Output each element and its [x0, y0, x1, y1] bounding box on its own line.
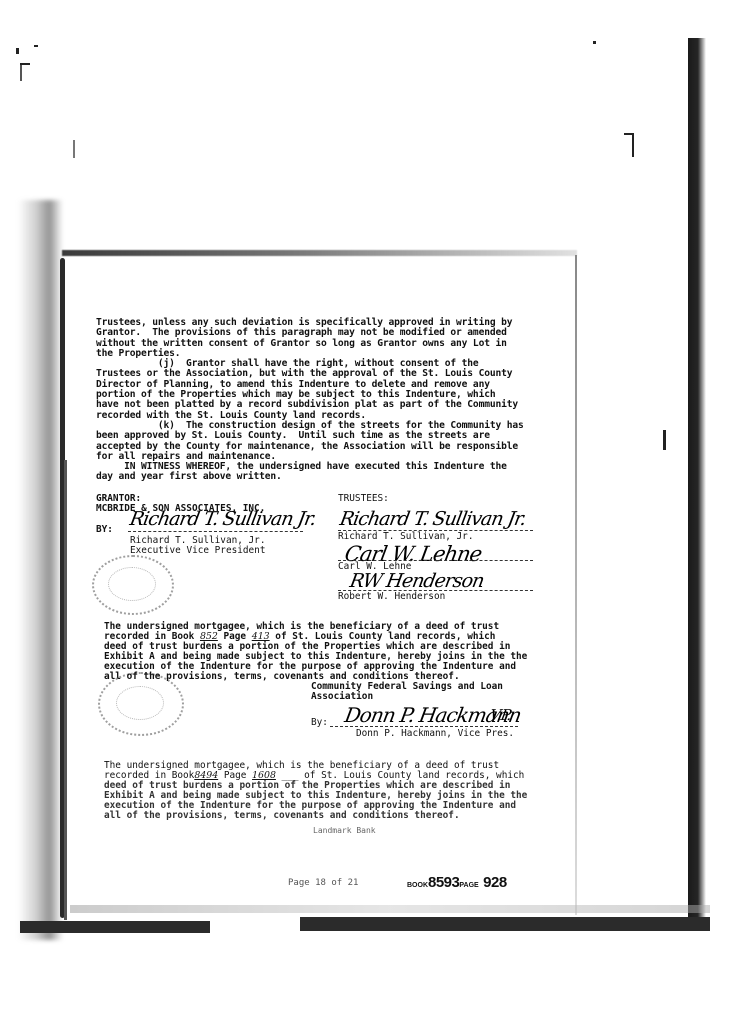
- page-number: 928: [483, 874, 507, 891]
- page-edge-bottom-left: [20, 921, 210, 933]
- scan-speck: [73, 140, 75, 158]
- scan-speck: [34, 45, 38, 47]
- scan-speck: [593, 41, 596, 44]
- scan-bracket-mark: [632, 133, 634, 157]
- recording-stamp: BOOK8593PAGE 928: [407, 874, 507, 892]
- corporate-seal-inner: [108, 567, 156, 601]
- mortgagee1-institution-2: Association: [311, 692, 373, 702]
- book-number: 8593: [428, 874, 459, 891]
- trustees-label: TRUSTEES:: [338, 494, 389, 504]
- paragraph-i-continued: Trustees, unless any such deviation is s…: [96, 318, 576, 359]
- grantor-signature: Richard T. Sullivan Jr.: [128, 508, 317, 530]
- page-edge-top: [62, 250, 577, 256]
- page-edge-bottom-right: [300, 917, 710, 931]
- paragraph-j: (j) Grantor shall have the right, withou…: [96, 359, 576, 421]
- paragraph-k: (k) The construction design of the stree…: [96, 421, 576, 462]
- grantor-by-label: BY:: [96, 525, 113, 535]
- trustee-name-1: Richard T. Sullivan, Jr.: [338, 532, 473, 542]
- scan-speck: [663, 430, 666, 450]
- trustee-signature-3: RW Henderson: [348, 570, 485, 592]
- scan-speck: [20, 65, 22, 81]
- corporate-seal: [92, 555, 174, 615]
- bank-seal-inner: [116, 686, 164, 720]
- grantor-signer-title: Executive Vice President: [130, 546, 265, 556]
- mortgagee1-signature-suffix: V.P.: [488, 706, 512, 724]
- trustee-name-3: Robert W. Henderson: [338, 592, 445, 602]
- document-body: Trustees, unless any such deviation is s…: [96, 318, 576, 483]
- mortgagee2-institution: Landmark Bank: [313, 826, 376, 835]
- scan-shadow-left: [18, 200, 63, 940]
- text-line: day and year first above written.: [96, 472, 576, 482]
- page-edge-right: [688, 38, 706, 918]
- scan-speck: [16, 48, 19, 54]
- mortgagee1-signer: Donn P. Hackmann, Vice Pres.: [356, 729, 514, 739]
- grantor-signature-line: [128, 531, 303, 532]
- mortgagee1-by-label: By:: [311, 718, 328, 728]
- mortgagee2-line-6: all of the provisions, terms, covenants …: [104, 811, 460, 821]
- page-indicator: Page 18 of 21: [288, 878, 358, 888]
- page-label: PAGE: [459, 882, 478, 889]
- trustee-signature-1: Richard T. Sullivan Jr.: [338, 508, 527, 530]
- witness-clause: IN WITNESS WHEREOF, the undersigned have…: [96, 462, 576, 483]
- page-edge-bottom-faint: [70, 905, 710, 913]
- book-label: BOOK: [407, 882, 428, 889]
- page-edge-left-inner: [64, 460, 67, 920]
